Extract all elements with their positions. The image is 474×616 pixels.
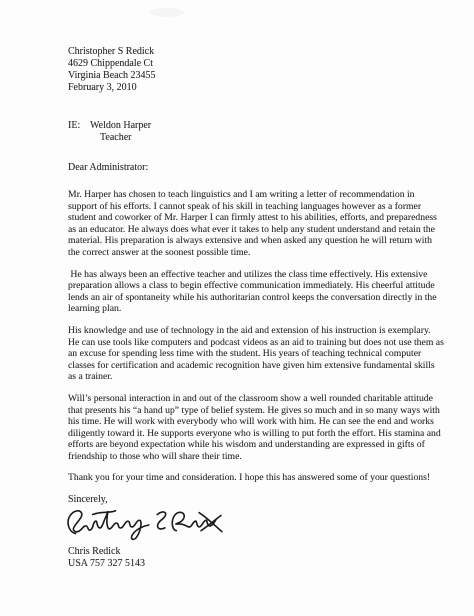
- regarding-name: Weldon Harper: [90, 120, 151, 132]
- scan-artifact: [150, 8, 184, 17]
- sender-name: Christopher S Redick: [68, 46, 444, 58]
- body-paragraph-3: His knowledge and use of technology in t…: [68, 325, 444, 383]
- regarding-block: IE: Weldon Harper Teacher: [68, 120, 444, 144]
- signoff-block: Chris Redick USA 757 327 5143: [68, 546, 444, 570]
- signoff-name: Chris Redick: [68, 546, 444, 558]
- closing-line: Sincerely,: [68, 494, 444, 506]
- signature-svg: [60, 506, 228, 544]
- sender-block: Christopher S Redick 4629 Chippendale Ct…: [68, 46, 444, 94]
- body-paragraph-5: Thank you for your time and consideratio…: [68, 472, 444, 484]
- signature-image: [60, 506, 444, 542]
- regarding-title: Teacher: [90, 132, 151, 144]
- letter-date: February 3, 2010: [68, 82, 444, 94]
- signoff-phone: USA 757 327 5143: [68, 558, 444, 570]
- body-paragraph-2: He has always been an effective teacher …: [68, 269, 444, 315]
- regarding-label: IE:: [68, 120, 90, 144]
- body-paragraph-4: Will’s personal interaction in and out o…: [68, 393, 444, 463]
- sender-address-line1: 4629 Chippendale Ct: [68, 58, 444, 70]
- letter-page: Christopher S Redick 4629 Chippendale Ct…: [0, 0, 474, 616]
- body-paragraph-1: Mr. Harper has chosen to teach linguisti…: [68, 189, 444, 259]
- salutation: Dear Administrator:: [68, 162, 444, 174]
- regarding-lines: Weldon Harper Teacher: [90, 120, 151, 144]
- sender-address-line2: Virginia Beach 23455: [68, 70, 444, 82]
